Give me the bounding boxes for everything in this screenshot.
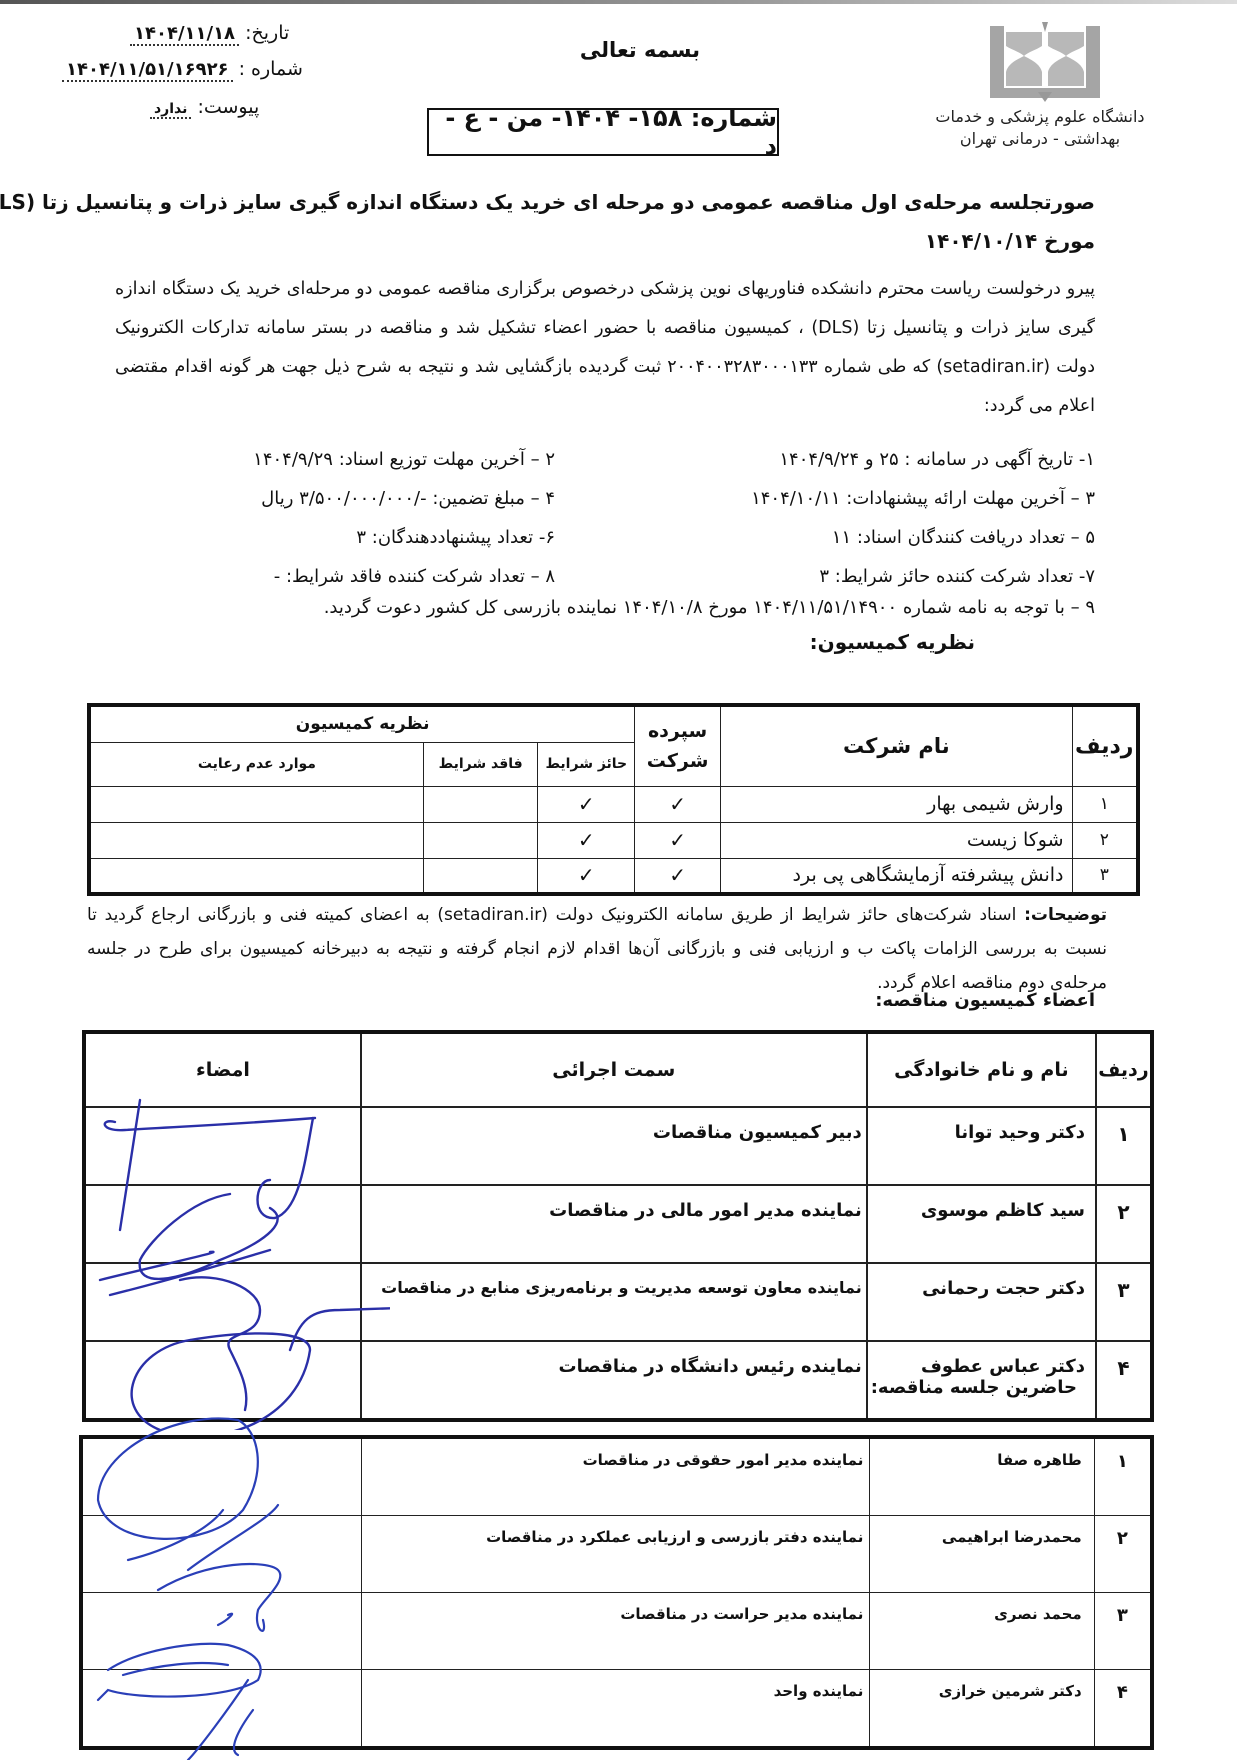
table-row: ۳ دانش پیشرفته آزمایشگاهی پی برد ✓ ✓ bbox=[89, 858, 1138, 894]
detail-item: ۵ – تعداد دریافت کنندگان اسناد: ۱۱ bbox=[605, 527, 1095, 548]
header-row-no: ردیف bbox=[1096, 1032, 1152, 1107]
document-date: مورخ ۱۴۰۴/۱۰/۱۴ bbox=[925, 229, 1095, 253]
member-name: دکتر وحید توانا bbox=[867, 1107, 1096, 1185]
letter-number-field: شماره : ۱۴۰۴/۱۱/۵۱/۱۶۹۲۶ bbox=[62, 58, 303, 80]
table-row: ۳ محمد نصری نماینده مدیر حراست در مناقصا… bbox=[81, 1593, 1152, 1670]
intro-paragraph: پیرو درخولست ریاست محترم دانشکده فناوریه… bbox=[115, 270, 1095, 426]
violations-cell bbox=[89, 858, 423, 894]
bids-table: ردیف نام شرکت سپرده شرکت نظریه کمیسیون ح… bbox=[87, 703, 1140, 896]
unqualified-cell bbox=[423, 822, 538, 858]
row-no: ۱ bbox=[1096, 1107, 1152, 1185]
deposit-check-icon: ✓ bbox=[635, 786, 721, 822]
member-name: سید کاظم موسوی bbox=[867, 1185, 1096, 1263]
row-no: ۳ bbox=[1096, 1263, 1152, 1341]
row-no: ۲ bbox=[1094, 1516, 1152, 1593]
company-name: شوکا زیست bbox=[721, 822, 1073, 858]
row-no: ۱ bbox=[1094, 1437, 1152, 1516]
notes-text: اسناد شرکت‌های حائز شرایط از طریق سامانه… bbox=[87, 905, 1107, 993]
member-role: نماینده معاون توسعه مدیریت و برنامه‌ریزی… bbox=[361, 1263, 867, 1341]
notes-paragraph: توضیحات: اسناد شرکت‌های حائز شرایط از طر… bbox=[87, 898, 1107, 1000]
header-row-no: ردیف bbox=[1072, 705, 1138, 786]
header-company: نام شرکت bbox=[721, 705, 1073, 786]
member-name: دکتر حجت رحمانی bbox=[867, 1263, 1096, 1341]
document-title: صورتجلسه مرحله‌ی اول مناقصه عمومی دو مرح… bbox=[135, 190, 1095, 214]
table-row: ۱ دکتر وحید توانا دبیر کمیسیون مناقصات bbox=[84, 1107, 1152, 1185]
signature-cell bbox=[81, 1593, 362, 1670]
row-no: ۲ bbox=[1096, 1185, 1152, 1263]
member-role: نماینده مدیر امور مالی در مناقصات bbox=[361, 1185, 867, 1263]
qualified-check-icon: ✓ bbox=[538, 858, 635, 894]
table-row: ۳ دکتر حجت رحمانی نماینده معاون توسعه مد… bbox=[84, 1263, 1152, 1341]
header-signature: امضاء bbox=[84, 1032, 361, 1107]
attachment-label: پیوست: bbox=[197, 96, 259, 118]
detail-item: ۲ – آخرین مهلت توزیع اسناد: ۱۴۰۴/۹/۲۹ bbox=[115, 449, 605, 470]
detail-row: ۱- تاریخ آگهی در سامانه : ۲۵ و ۱۴۰۴/۹/۲۴… bbox=[115, 440, 1095, 479]
row-no: ۴ bbox=[1094, 1670, 1152, 1749]
letter-number-label: شماره : bbox=[239, 58, 303, 80]
commission-opinion-heading: نظریه کمیسیون: bbox=[810, 630, 975, 654]
detail-row: ۷- تعداد شرکت کننده حائز شرایط: ۳ ۸ – تع… bbox=[115, 557, 1095, 596]
row-no: ۱ bbox=[1072, 786, 1138, 822]
detail-item: ۴ – مبلغ تضمین: -/۳/۵۰۰/۰۰۰/۰۰۰ ریال bbox=[115, 488, 605, 509]
detail-item: ۶- تعداد پیشنهاددهندگان: ۳ bbox=[115, 527, 605, 548]
attachment-field: پیوست: ندارد bbox=[150, 96, 259, 118]
header-commission-opinion: نظریه کمیسیون bbox=[89, 705, 635, 742]
table-row: ۱ طاهره صفا نماینده مدیر امور حقوقی در م… bbox=[81, 1437, 1152, 1516]
table-row: ۲ شوکا زیست ✓ ✓ bbox=[89, 822, 1138, 858]
signature-cell bbox=[81, 1437, 362, 1516]
detail-item: ۷- تعداد شرکت کننده حائز شرایط: ۳ bbox=[605, 566, 1095, 587]
header-deposit: سپرده شرکت bbox=[635, 705, 721, 786]
university-logo bbox=[990, 22, 1100, 102]
attendee-role: نماینده مدیر امور حقوقی در مناقصات bbox=[362, 1437, 870, 1516]
attendees-heading: حاضرین جلسه مناقصه: bbox=[871, 1377, 1077, 1398]
table-row: ۴ دکتر شرمین خرازی نماینده واحد bbox=[81, 1670, 1152, 1749]
signature-cell bbox=[81, 1670, 362, 1749]
commission-members-table: ردیف نام و نام خانوادگی سمت اجرائی امضاء… bbox=[82, 1030, 1154, 1422]
row-no: ۳ bbox=[1094, 1593, 1152, 1670]
attendee-role: نماینده دفتر بازرسی و ارزیابی عملکرد در … bbox=[362, 1516, 870, 1593]
attendee-name: طاهره صفا bbox=[870, 1437, 1094, 1516]
attendee-role: نماینده واحد bbox=[362, 1670, 870, 1749]
header-qualified: حائز شرایط bbox=[538, 742, 635, 786]
attendees-table: ۱ طاهره صفا نماینده مدیر امور حقوقی در م… bbox=[79, 1435, 1154, 1750]
header-violations: موارد عدم رعایت bbox=[89, 742, 423, 786]
detail-row: ۳ – آخرین مهلت ارائه پیشنهادات: ۱۴۰۴/۱۰/… bbox=[115, 479, 1095, 518]
row-no: ۴ bbox=[1096, 1341, 1152, 1420]
date-value: ۱۴۰۴/۱۱/۱۸ bbox=[130, 23, 239, 46]
letter-number-value: ۱۴۰۴/۱۱/۵۱/۱۶۹۲۶ bbox=[62, 59, 233, 82]
member-role: نماینده رئیس دانشگاه در مناقصات bbox=[361, 1341, 867, 1420]
signature-cell bbox=[84, 1263, 361, 1341]
company-name: وارش شیمی بهار bbox=[721, 786, 1073, 822]
table-row: ۲ محمدرضا ابراهیمی نماینده دفتر بازرسی و… bbox=[81, 1516, 1152, 1593]
members-heading: اعضاء کمیسیون مناقصه: bbox=[875, 990, 1095, 1011]
attendee-role: نماینده مدیر حراست در مناقصات bbox=[362, 1593, 870, 1670]
attendee-name: محمدرضا ابراهیمی bbox=[870, 1516, 1094, 1593]
date-field: تاریخ: ۱۴۰۴/۱۱/۱۸ bbox=[130, 22, 289, 44]
violations-cell bbox=[89, 822, 423, 858]
document-number-box: شماره: ۱۵۸- ۱۴۰۴- من - ع - د bbox=[427, 108, 779, 156]
company-name: دانش پیشرفته آزمایشگاهی پی برد bbox=[721, 858, 1073, 894]
deposit-check-icon: ✓ bbox=[635, 822, 721, 858]
unqualified-cell bbox=[423, 786, 538, 822]
unqualified-cell bbox=[423, 858, 538, 894]
detail-item: ۳ – آخرین مهلت ارائه پیشنهادات: ۱۴۰۴/۱۰/… bbox=[605, 488, 1095, 509]
signature-cell bbox=[81, 1516, 362, 1593]
violations-cell bbox=[89, 786, 423, 822]
invocation-heading: بسمه تعالی bbox=[510, 38, 770, 62]
university-name-line2: بهداشتی - درمانی تهران bbox=[900, 128, 1180, 150]
detail-item: ۱- تاریخ آگهی در سامانه : ۲۵ و ۱۴۰۴/۹/۲۴ bbox=[605, 449, 1095, 470]
qualified-check-icon: ✓ bbox=[538, 786, 635, 822]
university-name-line1: دانشگاه علوم پزشکی و خدمات bbox=[900, 106, 1180, 128]
scan-top-edge bbox=[0, 0, 1237, 4]
detail-row: ۵ – تعداد دریافت کنندگان اسناد: ۱۱ ۶- تع… bbox=[115, 518, 1095, 557]
attendee-name: دکتر شرمین خرازی bbox=[870, 1670, 1094, 1749]
notes-label: توضیحات: bbox=[1024, 905, 1107, 925]
date-label: تاریخ: bbox=[245, 22, 289, 44]
deposit-check-icon: ✓ bbox=[635, 858, 721, 894]
university-name: دانشگاه علوم پزشکی و خدمات بهداشتی - درم… bbox=[900, 106, 1180, 150]
signature-cell bbox=[84, 1185, 361, 1263]
signature-cell bbox=[84, 1107, 361, 1185]
detail-item: ۸ – تعداد شرکت کننده فاقد شرایط: - bbox=[115, 566, 605, 587]
header-role: سمت اجرائی bbox=[361, 1032, 867, 1107]
table-row: ۲ سید کاظم موسوی نماینده مدیر امور مالی … bbox=[84, 1185, 1152, 1263]
row-no: ۲ bbox=[1072, 822, 1138, 858]
attachment-value: ندارد bbox=[150, 101, 191, 119]
qualified-check-icon: ✓ bbox=[538, 822, 635, 858]
member-role: دبیر کمیسیون مناقصات bbox=[361, 1107, 867, 1185]
header-unqualified: فاقد شرایط bbox=[423, 742, 538, 786]
attendee-name: محمد نصری bbox=[870, 1593, 1094, 1670]
tender-details-list: ۱- تاریخ آگهی در سامانه : ۲۵ و ۱۴۰۴/۹/۲۴… bbox=[115, 440, 1095, 596]
row-no: ۳ bbox=[1072, 858, 1138, 894]
detail-item-9: ۹ – با توجه به نامه شماره ۱۴۰۴/۱۱/۵۱/۱۴۹… bbox=[324, 597, 1095, 618]
table-row: ۱ وارش شیمی بهار ✓ ✓ bbox=[89, 786, 1138, 822]
signature-cell bbox=[84, 1341, 361, 1420]
header-full-name: نام و نام خانوادگی bbox=[867, 1032, 1096, 1107]
